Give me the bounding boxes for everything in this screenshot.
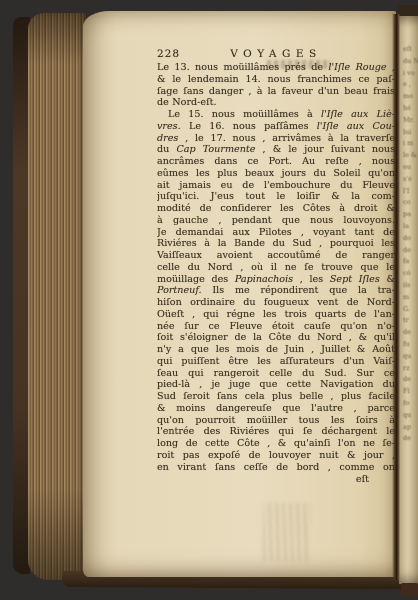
text-line: née ſur ce Fleuve étoit cauſe qu'on n'o- <box>157 321 395 333</box>
next-page-fragment: m <box>399 292 418 304</box>
next-page-fragment: l'I <box>399 186 418 198</box>
text-line: en virant ſans ceſſe de bord , comme on <box>157 462 395 474</box>
next-page-fragment: fa <box>399 256 418 268</box>
text-lines: Le 13. nous moüillâmes prés de l'Iſle Ro… <box>157 62 395 473</box>
plain-text: qu'on pourroit moüiller tous les ſoirs à <box>157 415 395 426</box>
next-page-fragment: de <box>399 374 418 386</box>
text-line: & moins dangereuſe que l'autre , parce <box>157 403 395 415</box>
plain-text: née ſur ce Fleuve étoit cauſe qu'on n'o- <box>157 321 395 332</box>
next-page-fragment: eu <box>399 162 418 174</box>
next-page-fragment: do <box>399 233 418 245</box>
next-page-fragment: i vo <box>399 68 418 80</box>
next-page-fragment: pa <box>399 209 418 221</box>
text-line: qui puiſſent être les aſſurateurs d'un V… <box>157 356 395 368</box>
next-page-fragment: rz <box>399 363 418 375</box>
plain-text: n'y a que les mois de Juin , Juillet & A… <box>157 344 395 355</box>
next-page-fragment: de <box>399 245 418 257</box>
plain-text: pied-là , je juge que cette Navigation d… <box>157 379 395 390</box>
text-line: hiſon ordinaire du fougueux vent de Nord… <box>157 297 395 309</box>
text-line: & le lendemain 14. nous franchimes ce pa… <box>157 74 395 86</box>
text-line: à gauche , pendant que nous louvoyons. <box>157 215 395 227</box>
italic-text: l'Iſle aux Cou- <box>317 121 395 132</box>
next-page-fragment: de <box>399 327 418 339</box>
text-line: moüillage des Papinachois , les Sept Iſl… <box>157 274 395 286</box>
plain-text: à gauche , pendant que nous louvoyons. <box>157 215 395 226</box>
plain-text: Vaiſſeaux avoient accoutûmé de ranger <box>157 250 395 261</box>
next-page-fragment: mo <box>399 91 418 103</box>
text-line: ancrâmes dans ce Port. Au reſte , nous <box>157 156 395 168</box>
book-photo: 228 VOYAGES Le 13. nous moüillâmes prés … <box>0 0 418 600</box>
plain-text: modité de conſiderer les Côtes à droit & <box>157 203 395 214</box>
next-page-fragment: fu <box>399 339 418 351</box>
plain-text: Le 16. nous paſſâmes <box>181 121 317 132</box>
text-line: Je demandai aux Pilotes , voyant tant de <box>157 227 395 239</box>
next-page-fragment: de <box>399 433 418 445</box>
next-page-fragment: qu <box>399 351 418 363</box>
text-line: n'y a que les mois de Juin , Juillet & A… <box>157 344 395 356</box>
text-line: de Nord-eſt. <box>157 97 395 109</box>
plain-text: ait jamais eu de l'embouchure du Fleuve <box>157 180 395 191</box>
plain-text: l'entrée des Riviéres qui ſe déchargent … <box>157 426 395 437</box>
text-line: celle du Nord , où il ne ſe trouve que l… <box>157 262 395 274</box>
text-line: dres , le 17. nous , arrivâmes à la trav… <box>157 133 395 145</box>
plain-text: , les <box>293 274 330 285</box>
plain-text: long de cette Côte , & qu'ainſi l'on ne … <box>157 438 395 449</box>
printed-text-column: 228 VOYAGES Le 13. nous moüillâmes prés … <box>157 48 395 486</box>
text-line: pied-là , je juge que cette Navigation d… <box>157 379 395 391</box>
plain-text: hiſon ordinaire du fougueux vent de Nord… <box>157 297 395 308</box>
text-line: Riviéres à la Bande du Sud , pourquoi le… <box>157 238 395 250</box>
plain-text: du <box>157 144 176 155</box>
next-page-fragment: e , <box>399 79 418 91</box>
next-page-fragment: lui <box>399 127 418 139</box>
next-page-fragment: qu <box>399 410 418 422</box>
italic-text: Sept Iſles <box>330 274 380 285</box>
plain-text: , le 17. nous , arrivâmes à la traverſe <box>178 133 395 144</box>
text-line: Le 15. nous moüillâmes à l'Iſle aux Liè- <box>157 109 395 121</box>
plain-text: ſeau qui rangeroit celle du Sud. Sur ce <box>157 368 395 379</box>
next-page-fragment: tr <box>399 315 418 327</box>
plain-text: roit pas expoſé de louvoyer nuit & jour … <box>157 450 395 461</box>
italic-text: vres. <box>157 121 181 132</box>
book-bottom-right-corner <box>401 583 418 596</box>
italic-text: l'Iſle aux Liè- <box>321 109 395 120</box>
text-line: ſoit s'éloigner de la Côte du Nord , & q… <box>157 332 395 344</box>
italic-text: Cap Tourmente <box>176 144 255 155</box>
plain-text: Ils me répondirent que la tra- <box>202 285 395 296</box>
next-page-fragment: Mr. <box>399 115 418 127</box>
text-line: vres. Le 16. nous paſſâmes l'Iſle aux Co… <box>157 121 395 133</box>
text-line: Oüeſt , qui régne les trois quarts de l'… <box>157 309 395 321</box>
text-line: qu'on pourroit moüiller tous les ſoirs à <box>157 415 395 427</box>
page-number: 228 <box>157 48 180 60</box>
plain-text: & moins dangereuſe que l'autre , parce <box>157 403 395 414</box>
text-line: long de cette Côte , & qu'ainſi l'on ne … <box>157 438 395 450</box>
plain-text: Sud ſeroit ſans cela plus belle , plus f… <box>157 391 395 402</box>
next-page-fragment: la <box>399 221 418 233</box>
running-header: 228 VOYAGES <box>157 48 395 61</box>
text-line: roit pas expoſé de louvoyer nuit & jour … <box>157 450 395 462</box>
italic-text: l'Iſle Rouge <box>328 62 386 73</box>
italic-text: dres <box>157 133 178 144</box>
text-line: l'entrée des Riviéres qui ſe déchargent … <box>157 426 395 438</box>
next-page-fragment: Fl <box>399 386 418 398</box>
italic-text: Papinachois <box>235 274 293 285</box>
catchword: eſt <box>157 474 395 486</box>
next-page-fragment: ap <box>399 422 418 434</box>
text-line: Vaiſſeaux avoient accoutûmé de ranger <box>157 250 395 262</box>
plain-text: ſage ſans danger , à la faveur d'un beau… <box>157 86 395 97</box>
ink-bleed-through <box>263 503 311 561</box>
next-page-fragment: eſt <box>399 44 418 56</box>
plain-text: , & le jour ſuivant nous <box>255 144 395 155</box>
next-page-text-fragments: eſtdu Ni voe ,mohéMr.luii mle &eus'él'Ic… <box>399 44 418 445</box>
text-line: ait jamais eu de l'embouchure du Fleuve <box>157 180 395 192</box>
plain-text: & le lendemain 14. nous franchimes ce pa… <box>157 74 395 85</box>
running-title: VOYAGES <box>230 48 321 60</box>
text-line: ſeau qui rangeroit celle du Sud. Sur ce <box>157 368 395 380</box>
plain-text: & <box>380 274 395 285</box>
plain-text: juſqu'ici. J'eus tout le loiſir & la com… <box>157 191 395 202</box>
next-page-fragment: hé <box>399 103 418 115</box>
plain-text: Le 15. nous moüillâmes à <box>168 109 321 120</box>
text-line: Sud ſeroit ſans cela plus belle , plus f… <box>157 391 395 403</box>
plain-text: ancrâmes dans ce Port. Au reſte , nous <box>157 156 395 167</box>
page-edges-stack <box>28 13 86 580</box>
italic-text: Portneuf. <box>157 285 202 296</box>
plain-text: qui puiſſent être les aſſurateurs d'un V… <box>157 356 395 367</box>
next-page-fragment: G. <box>399 304 418 316</box>
next-page-fragment: cô <box>399 268 418 280</box>
next-page-fragment: i m <box>399 138 418 150</box>
text-line: juſqu'ici. J'eus tout le loiſir & la com… <box>157 191 395 203</box>
plain-text: celle du Nord , où il ne ſe trouve que l… <box>157 262 395 273</box>
text-line: modité de conſiderer les Côtes à droit & <box>157 203 395 215</box>
plain-text: Je demandai aux Pilotes , voyant tant de <box>157 227 395 238</box>
plain-text: eûmes les plus beaux jours du Soleil qu'… <box>157 168 395 179</box>
plain-text: ſoit s'éloigner de la Côte du Nord , & q… <box>157 332 395 343</box>
text-line: du Cap Tourmente , & le jour ſuivant nou… <box>157 144 395 156</box>
plain-text: Oüeſt , qui régne les trois quarts de l'… <box>157 309 395 320</box>
next-page-edge: eſtdu Ni voe ,mohéMr.luii mle &eus'él'Ic… <box>399 16 418 584</box>
next-page-fragment: fo <box>399 398 418 410</box>
text-line: ſage ſans danger , à la faveur d'un beau… <box>157 86 395 98</box>
plain-text: de Nord-eſt. <box>157 97 217 108</box>
next-page-fragment: ils <box>399 280 418 292</box>
plain-text: en virant ſans ceſſe de bord , comme on <box>157 462 395 473</box>
text-line: Le 13. nous moüillâmes prés de l'Iſle Ro… <box>157 62 395 74</box>
next-page-fragment: co <box>399 197 418 209</box>
next-page-fragment: s'é <box>399 174 418 186</box>
plain-text: , <box>387 62 395 73</box>
plain-text: moüillage des <box>157 274 235 285</box>
next-page-fragment: du N <box>399 56 418 68</box>
plain-text: Riviéres à la Bande du Sud , pourquoi le… <box>157 238 395 249</box>
plain-text: Le 13. nous moüillâmes prés de <box>157 62 328 73</box>
text-line: Portneuf. Ils me répondirent que la tra- <box>157 285 395 297</box>
next-page-fragment: le & <box>399 150 418 162</box>
text-line: eûmes les plus beaux jours du Soleil qu'… <box>157 168 395 180</box>
